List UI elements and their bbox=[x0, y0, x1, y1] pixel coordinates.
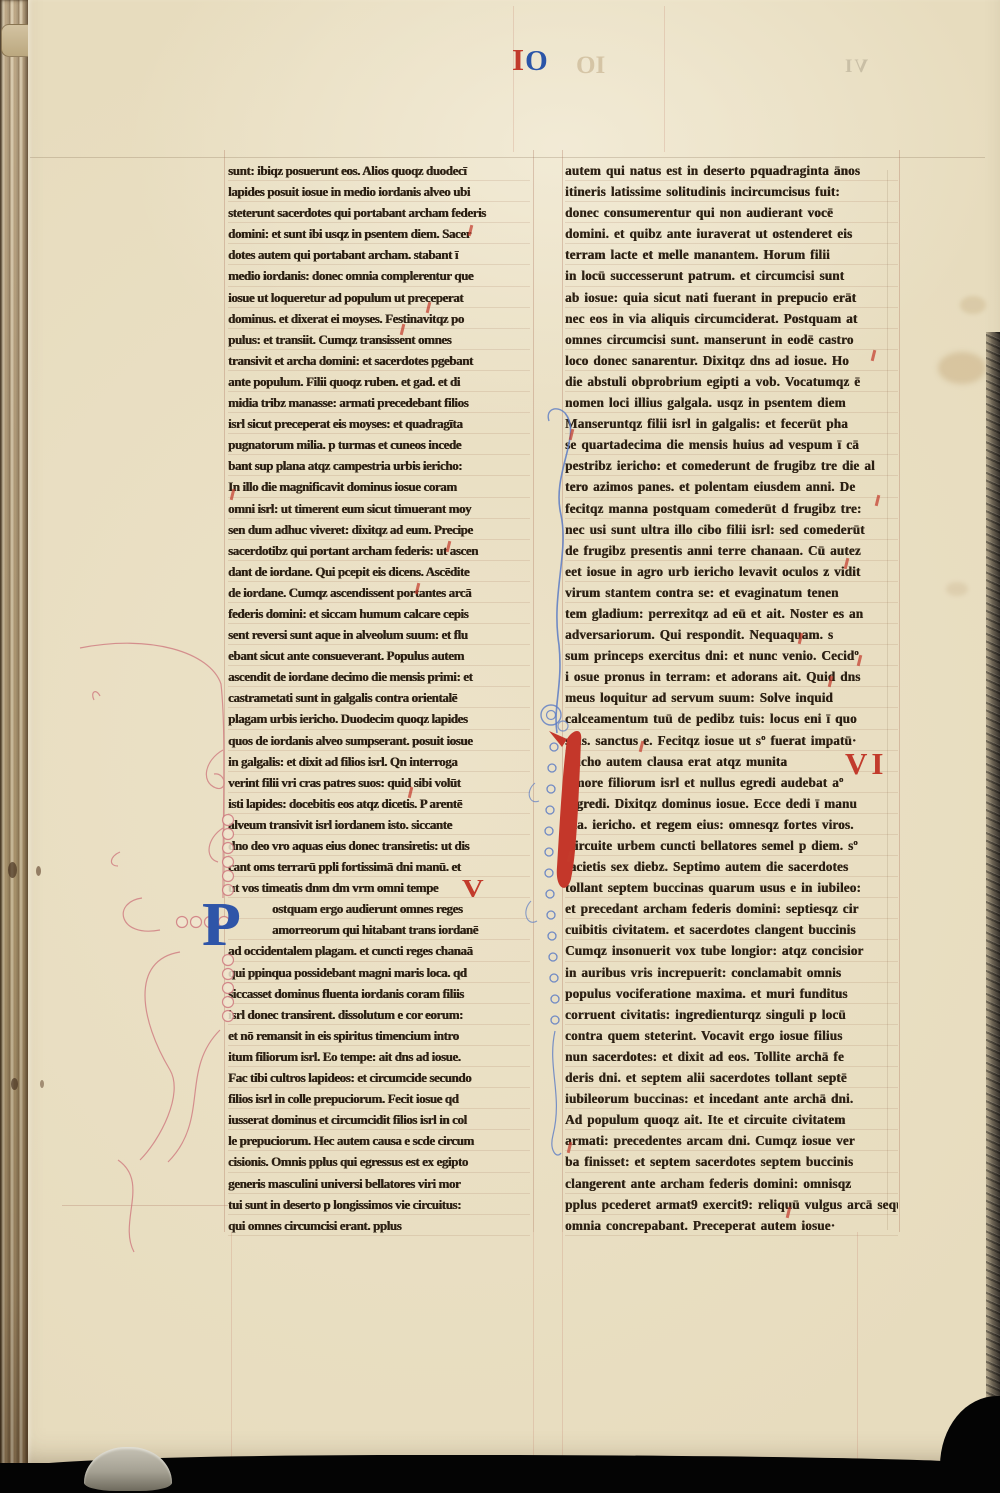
text-column-right: autem qui natus est in deserto pquadragi… bbox=[565, 160, 898, 1236]
text-line: pugnatorum milia. p turmas et cuneos inc… bbox=[228, 434, 530, 455]
text-line: midia tribz manasse: armati precedebant … bbox=[228, 392, 530, 413]
text-line: ebant sicut ante consueverant. Populus a… bbox=[228, 645, 530, 666]
text-line: dotes autem qui portabant archam. staban… bbox=[228, 244, 530, 265]
text-line: bant sup plana atqz campestria urbis ier… bbox=[228, 455, 530, 476]
text-line: dant de iordane. Qui pcepit eis dicens. … bbox=[228, 561, 530, 582]
text-line: clangerent ante archam federis domini: o… bbox=[565, 1173, 898, 1194]
manuscript-photo: IO IO VI sunt: ibiqz posuerunt eos. Alio… bbox=[0, 0, 1000, 1493]
text-line: nomen loci illius galgala. usqz in psent… bbox=[565, 392, 898, 413]
text-line: sacerdotibz qui portant archam federis: … bbox=[228, 540, 530, 561]
text-line: autem qui natus est in deserto pquadragi… bbox=[565, 160, 898, 181]
text-line: Circuite urbem cuncti bellatores semel p… bbox=[565, 835, 898, 856]
text-line: tero azimos panes. et polentam eiusdem a… bbox=[565, 476, 898, 497]
text-line: sum princeps exercitus dni: et nunc veni… bbox=[565, 645, 898, 666]
chapter-number-v: V bbox=[462, 875, 484, 904]
text-line: tem gladium: perrexitqz ad eū et ait. No… bbox=[565, 603, 898, 624]
text-line: terram lacte et melle manantem. Horum fi… bbox=[565, 244, 898, 265]
text-line: cant oms terrarū ppli fortissimā dni man… bbox=[228, 856, 530, 877]
text-line: nun sacerdotes: et dixit ad eos. Tollite… bbox=[565, 1046, 898, 1067]
text-line: qui ppinqua possidebant magni maris loca… bbox=[228, 962, 530, 983]
text-line: se quartadecima die mensis huius ad vesp… bbox=[565, 434, 898, 455]
text-line: quos de iordanis alveo sumpserant. posui… bbox=[228, 730, 530, 751]
text-line: ad occidentalem plagam. et cuncti reges … bbox=[228, 940, 530, 961]
text-line: in auribus vris increpuerit: conclamabit… bbox=[565, 962, 898, 983]
text-line: eet iosue in agro urb iericho levavit oc… bbox=[565, 561, 898, 582]
stain bbox=[36, 866, 41, 876]
stain bbox=[40, 1080, 44, 1088]
text-line: cuibitis civitatem. et sacerdotes clange… bbox=[565, 919, 898, 940]
text-line: isrl sicut preceperat eis moyses: et qua… bbox=[228, 413, 530, 434]
text-line: tui sunt in deserto p longissimos vie ci… bbox=[228, 1194, 530, 1215]
text-line: iosue ut loqueretur ad populum ut precep… bbox=[228, 287, 530, 308]
text-line: loco donec sanarentur. Dixitqz dns ad io… bbox=[565, 350, 898, 371]
ruling-line bbox=[513, 6, 514, 152]
text-line: deris dni. et septem alii sacerdotes tol… bbox=[565, 1067, 898, 1088]
ruling-line bbox=[562, 1232, 563, 1462]
text-line: fecitqz manna postquam comederūt d frugi… bbox=[565, 498, 898, 519]
initial-i-iericho-penwork bbox=[505, 395, 605, 1185]
text-line: alveum transivit isrl iordanem isto. sic… bbox=[228, 814, 530, 835]
horizontal-crease bbox=[30, 157, 985, 158]
text-line: virum stantem contra se: et evaginatum t… bbox=[565, 582, 898, 603]
text-line: castrametati sunt in galgalis contra ori… bbox=[228, 687, 530, 708]
text-line: sunt: ibiqz posuerunt eos. Alios quoqz d… bbox=[228, 160, 530, 181]
text-line: steterunt sacerdotes qui portabant archa… bbox=[228, 202, 530, 223]
text-line: lapides posuit iosue in medio iordanis a… bbox=[228, 181, 530, 202]
text-line: transivit et archa domini: et sacerdotes… bbox=[228, 350, 530, 371]
text-line: isti lapides: docebitis eos atqz dicetis… bbox=[228, 793, 530, 814]
text-line: qui omnes circumcisi erant. pplus bbox=[228, 1215, 530, 1236]
text-line: donec consumerentur qui non audierant vo… bbox=[565, 202, 898, 223]
text-line: iusserat dominus et circumcidit filios i… bbox=[228, 1109, 530, 1130]
initial-i-red-body bbox=[557, 731, 581, 888]
text-line: facietis sex diebz. Septimo autem die sa… bbox=[565, 856, 898, 877]
ruling-line bbox=[664, 6, 665, 152]
text-line: de iordane. Cumqz ascendissent portantes… bbox=[228, 582, 530, 603]
text-line: pplus pcederet armat9 exercit9: reliquū … bbox=[565, 1194, 898, 1215]
ruling-line bbox=[857, 1232, 858, 1462]
text-line: omnia concrepabant. Preceperat autem ios… bbox=[565, 1215, 898, 1236]
text-line: omnes circumcisi sunt. manserunt in eodē… bbox=[565, 329, 898, 350]
text-line: Manseruntqz filii isrl in galgalis: et f… bbox=[565, 413, 898, 434]
running-title-letter-o: O bbox=[525, 45, 548, 77]
text-line: Cumqz insonuerit vox tube longior: atqz … bbox=[565, 940, 898, 961]
text-line: filios isrl in colle prepuciorum. Fecit … bbox=[228, 1088, 530, 1109]
text-line: et precedant archam federis domini: sept… bbox=[565, 898, 898, 919]
text-line: in galgalis: et dixit ad filios isrl. Qn… bbox=[228, 751, 530, 772]
text-line: sen dum adhuc viveret: dixitqz ad eum. P… bbox=[228, 519, 530, 540]
text-line: siccasset dominus fluenta iordanis coram… bbox=[228, 983, 530, 1004]
text-line: dominus. et dixerat ei moyses. Festinavi… bbox=[228, 308, 530, 329]
text-line: tollant septem buccinas quarum usus e in… bbox=[565, 877, 898, 898]
text-line: nec usi sunt ultra illo cibo filii isrl:… bbox=[565, 519, 898, 540]
spine-stain bbox=[8, 862, 17, 878]
stain bbox=[938, 352, 986, 384]
initial-p-postquam: P bbox=[202, 894, 240, 956]
text-line: medio iordanis: donec omnia complerentur… bbox=[228, 265, 530, 286]
ruling-line bbox=[899, 150, 900, 1232]
text-line: dno deo vro aquas eius donec transiretis… bbox=[228, 835, 530, 856]
text-line: omni isrl: ut timerent eum sicut timuera… bbox=[228, 498, 530, 519]
text-line: In illo die magnificavit dominus iosue c… bbox=[228, 476, 530, 497]
text-line: isrl donec transirent. dissolutum e cor … bbox=[228, 1004, 530, 1025]
text-line: et nō remansit in eis spiritus timencium… bbox=[228, 1025, 530, 1046]
text-line: ingredi. Dixitqz dominus iosue. Ecce ded… bbox=[565, 793, 898, 814]
text-line: amorreorum qui hitabant trans iordanē bbox=[228, 919, 530, 940]
stain bbox=[946, 582, 968, 596]
running-title: IO bbox=[512, 44, 548, 76]
text-line: itum filiorum isrl. Eo tempe: ait dns ad… bbox=[228, 1046, 530, 1067]
text-line: corruent civitatis: ingredienturqz singu… bbox=[565, 1004, 898, 1025]
spine-stain bbox=[11, 1078, 18, 1090]
stain bbox=[960, 296, 986, 314]
ruling-line bbox=[533, 1232, 534, 1462]
text-line: die abstuli obprobrium egipti a vob. Voc… bbox=[565, 371, 898, 392]
text-line: federis domini: et siccam humum calcare … bbox=[228, 603, 530, 624]
text-line: armati: precedentes arcam dni. Cumqz ios… bbox=[565, 1130, 898, 1151]
text-line: sent reversi sunt aque in alveolum suum:… bbox=[228, 624, 530, 645]
chapter-number-vi: VI bbox=[845, 746, 887, 782]
running-title-letter-i: I bbox=[512, 42, 524, 77]
text-line: populus vociferatione maxima. et muri fu… bbox=[565, 983, 898, 1004]
text-line: ab iosue: quia sicut nati fuerant in pre… bbox=[565, 287, 898, 308]
text-line: Fac tibi cultros lapideos: et circumcide… bbox=[228, 1067, 530, 1088]
text-line: pulus: et transiit. Cumqz transissent om… bbox=[228, 329, 530, 350]
text-line: calceamentum tuū de pedibz tuis: locus e… bbox=[565, 708, 898, 729]
text-line: adversariorum. Qui respondit. Nequaquam.… bbox=[565, 624, 898, 645]
text-line: i osue pronus in terram: et adorans ait.… bbox=[565, 666, 898, 687]
text-line: le prepuciorum. Hec autem causa e scde c… bbox=[228, 1130, 530, 1151]
text-line: cisionis. Omnis pplus qui egressus est e… bbox=[228, 1151, 530, 1172]
text-line: iubileorum buccinas: et incedant ante ar… bbox=[565, 1088, 898, 1109]
text-line: ba finisset: et septem sacerdotes septem… bbox=[565, 1151, 898, 1172]
facing-page-edge bbox=[986, 332, 1000, 1424]
text-line: tua. iericho. et regem eius: omnesqz for… bbox=[565, 814, 898, 835]
text-line: in locū successerunt patrum. et circumci… bbox=[565, 265, 898, 286]
text-line: itineris latissime solitudinis incircumc… bbox=[565, 181, 898, 202]
text-line: ascendit de iordane decimo die mensis pr… bbox=[228, 666, 530, 687]
text-line: meus loquitur ad servum suum: Solve inqu… bbox=[565, 687, 898, 708]
text-line: pestribz iericho: et comederunt de frugi… bbox=[565, 455, 898, 476]
text-line: contra quem steterint. Vocavit ergo iosu… bbox=[565, 1025, 898, 1046]
text-line: Ad populum quoqz ait. Ite et circuite ci… bbox=[565, 1109, 898, 1130]
book-spine-edge bbox=[0, 0, 28, 1470]
text-line: ut vos timeatis dnm dm vrm omni tempe bbox=[228, 877, 530, 898]
text-line: plagam urbis iericho. Duodecim quoqz lap… bbox=[228, 708, 530, 729]
text-line: domini. et quibz ante iuraverat ut osten… bbox=[565, 223, 898, 244]
text-line: ostquam ergo audierunt omnes reges bbox=[228, 898, 530, 919]
text-line: domini: et sunt ibi usqz in psentem diem… bbox=[228, 223, 530, 244]
text-line: ante populum. Filii quoqz ruben. et gad.… bbox=[228, 371, 530, 392]
text-column-left: sunt: ibiqz posuerunt eos. Alios quoqz d… bbox=[228, 160, 530, 1236]
text-line: nec eos in via aliquis circumciderat. Po… bbox=[565, 308, 898, 329]
text-line: generis masculini universi bellatores vi… bbox=[228, 1173, 530, 1194]
text-line: verint filii vri cras patres suos: quid … bbox=[228, 772, 530, 793]
